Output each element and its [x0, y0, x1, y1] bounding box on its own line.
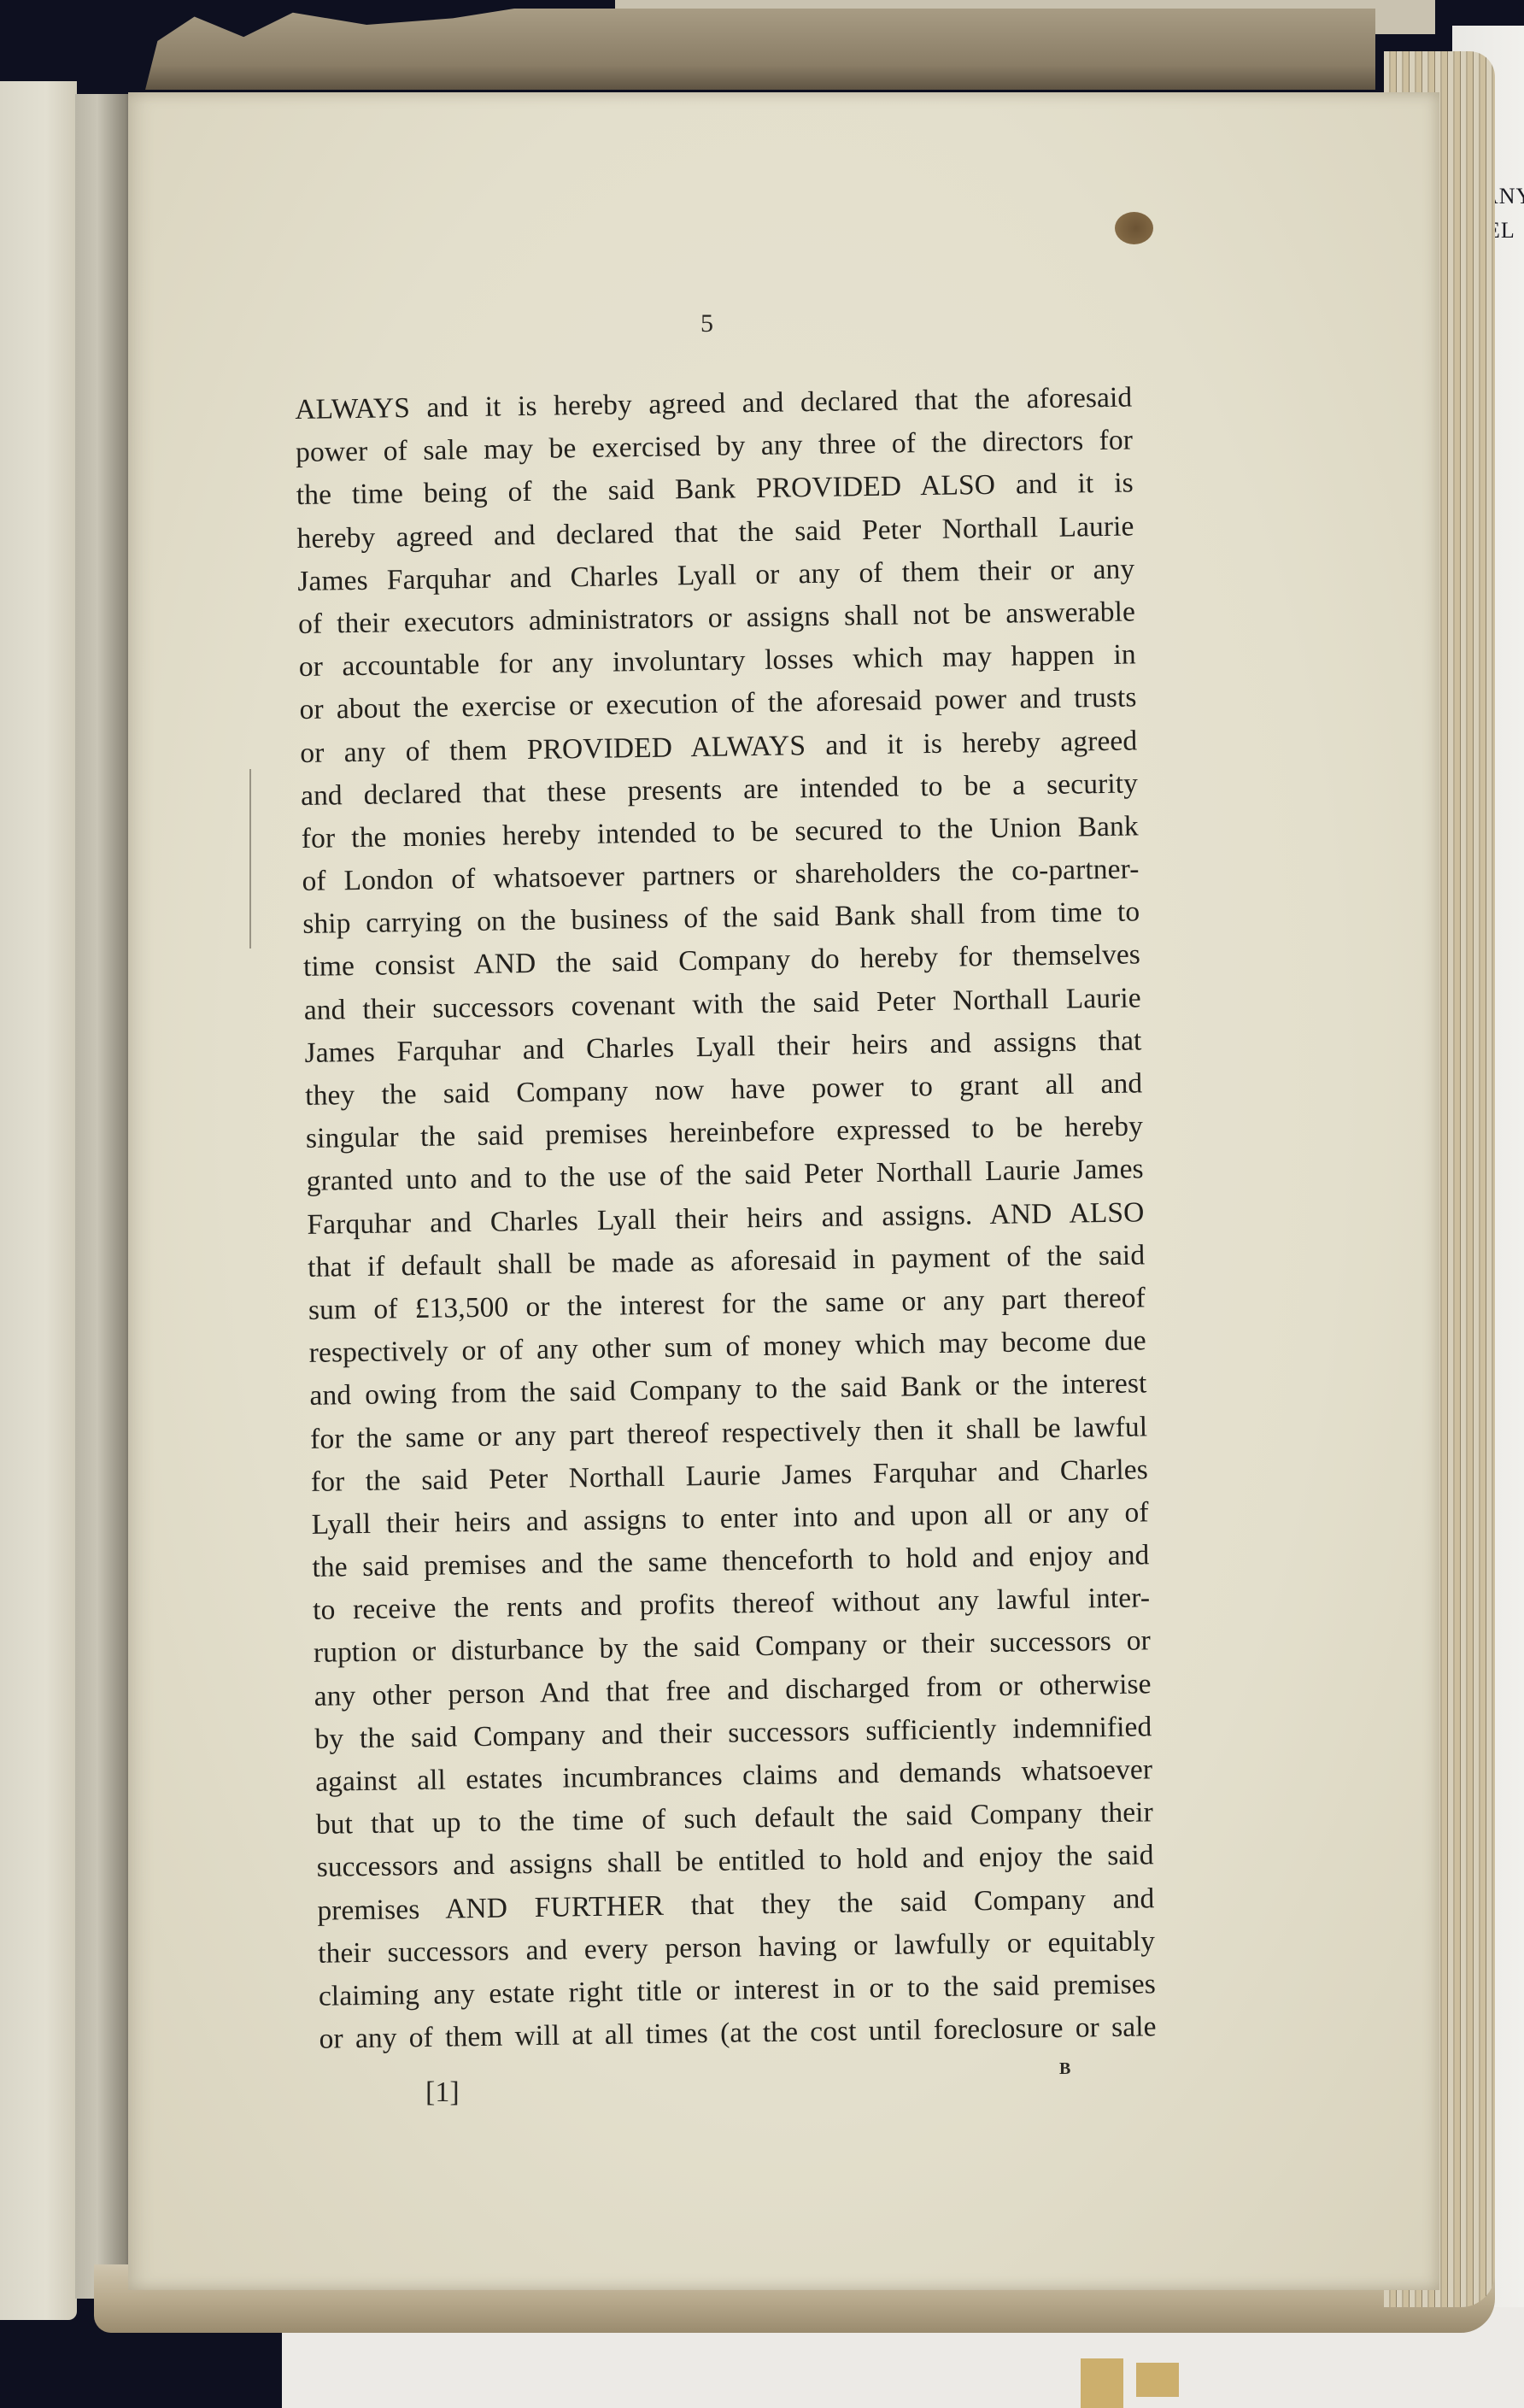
signature-mark: [1]: [425, 2076, 460, 2109]
body-text: ALWAYS and it is hereby agreed and decla…: [295, 376, 1174, 2061]
tape-strip: [1136, 2363, 1179, 2397]
gathering-letter: B: [1059, 2059, 1070, 2079]
ink-stain: [1115, 212, 1153, 244]
left-page: [0, 81, 77, 2320]
page-number: 5: [700, 309, 713, 338]
margin-mark: [249, 769, 251, 949]
tape-strip: [1081, 2358, 1123, 2408]
book-gutter: [75, 94, 131, 2299]
torn-top-edge: [145, 9, 1375, 90]
